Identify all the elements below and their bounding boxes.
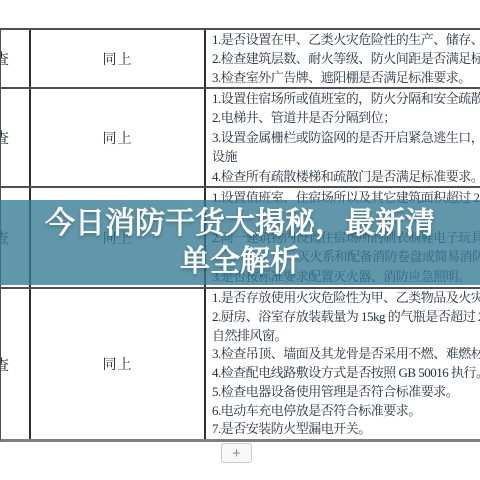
table-row: 查 同上 1.是否设置在甲、乙类火灾危险性的生产、储存、经 2.检查建筑层数、耐…: [1, 30, 480, 89]
checklist-line: 1.是否存放使用火灾危险性为甲、乙类物品及火灾危: [212, 289, 480, 308]
method-label: 同上: [103, 49, 133, 69]
category-label-fragment: 查: [1, 127, 9, 148]
checklist-line: 2.电梯井、管道井是否分隔到位；: [212, 108, 480, 127]
table-row: 查 同上 1.设置住宿场所或值班室的，防火分隔和安全疏散是 2.电梯井、管道井是…: [1, 89, 480, 188]
checklist-line: 4.检查配电线路敷设方式是否按照 GB 50016 执行。: [212, 364, 480, 383]
plus-icon: +: [232, 445, 241, 462]
table-cell-checklist: 1.是否设置在甲、乙类火灾危险性的生产、储存、经 2.检查建筑层数、耐火等级、防…: [206, 30, 480, 87]
banner-title-line1: 今日消防干货大揭秘，最新清: [45, 205, 435, 243]
table-cell-category: 查: [1, 30, 31, 87]
category-label-fragment: 查: [1, 354, 9, 375]
promo-banner-overlay: 今日消防干货大揭秘，最新清 单全解析: [0, 200, 480, 285]
table-row: 查 同上 1.是否存放使用火灾危险性为甲、乙类物品及火灾危 2.厨房、浴室存放装…: [1, 289, 480, 439]
table-cell-checklist: 1.是否存放使用火灾危险性为甲、乙类物品及火灾危 2.厨房、浴室存放装载量为 1…: [206, 289, 480, 439]
checklist-line: 设施: [212, 147, 480, 166]
add-button[interactable]: +: [221, 443, 252, 463]
document-page: 查 同上 1.是否设置在甲、乙类火灾危险性的生产、储存、经 2.检查建筑层数、耐…: [0, 0, 480, 480]
checklist-line: 1.设置住宿场所或值班室的，防火分隔和安全疏散是: [212, 89, 480, 108]
category-label-fragment: 查: [1, 48, 9, 69]
method-label: 同上: [103, 128, 133, 148]
checklist-line: 3.检查吊顶、墙面及其龙骨是否采用不燃、难燃材料: [212, 345, 480, 364]
checklist-line: 6.电动车充电停放是否符合标准要求。: [212, 402, 480, 421]
checklist-line: 5.检查电器设备使用管理是否符合标准要求。: [212, 383, 480, 402]
checklist-line: 1.是否设置在甲、乙类火灾危险性的生产、储存、经: [212, 30, 480, 49]
checklist-line: 2.厨房、浴室存放装载量为 15kg 的气瓶是否超过 2: [212, 308, 480, 327]
table-cell-method: 同上: [31, 89, 206, 186]
banner-title-line2: 单全解析: [180, 243, 300, 281]
checklist-line: 4.检查所有疏散楼梯和疏散门是否满足标准要求。: [212, 167, 480, 186]
table-cell-checklist: 1.设置住宿场所或值班室的，防火分隔和安全疏散是 2.电梯井、管道井是否分隔到位…: [206, 89, 480, 186]
table-cell-category: 查: [1, 89, 31, 186]
checklist-line: 7.是否安装防火型漏电开关。: [212, 420, 480, 439]
table-cell-category: 查: [1, 289, 31, 439]
checklist-line: 3.设置金属栅栏或防盗网的是否开启紧急逃生口，并: [212, 128, 480, 147]
table-cell-method: 同上: [31, 289, 206, 439]
method-label: 同上: [103, 354, 133, 374]
checklist-line: 3.检查室外广告牌、遮阳棚是否满足标准要求。: [212, 68, 480, 87]
checklist-line: 自然排风窗。: [212, 327, 480, 346]
table-cell-method: 同上: [31, 30, 206, 87]
checklist-line: 2.检查建筑层数、耐火等级、防火间距是否满足标准: [212, 49, 480, 68]
